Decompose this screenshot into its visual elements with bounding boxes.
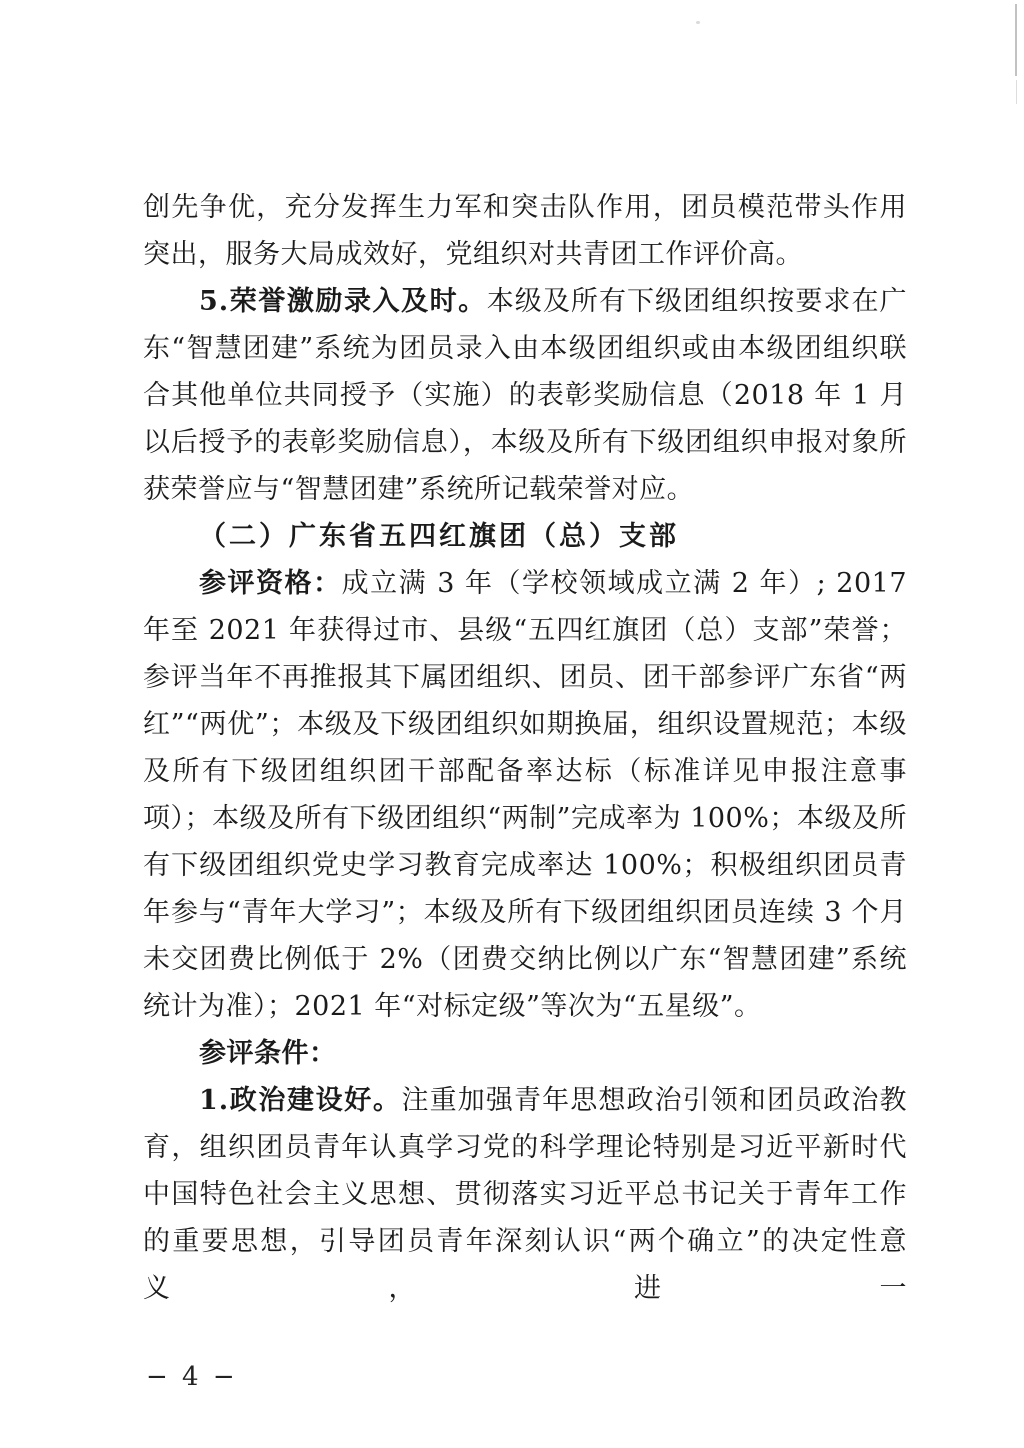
document-page: { "doc": { "p1": { "text": "创先争优，充分发挥生力军… xyxy=(0,0,1024,1448)
section-heading-2-text: （二）广东省五四红旗团（总）支部 xyxy=(199,521,679,552)
paragraph-item-5: 5.荣誉激励录入及时。本级及所有下级团组织按要求在广东“智慧团建”系统为团员录入… xyxy=(143,278,907,513)
scan-artifact-edge-line-faint xyxy=(1016,80,1017,104)
item-5-lead: 5.荣誉激励录入及时。 xyxy=(199,286,487,317)
paragraph-text: 创先争优，充分发挥生力军和突击队作用，团员模范带头作用突出，服务大局成效好，党组… xyxy=(143,192,907,270)
scan-artifact-edge-line xyxy=(1015,4,1017,76)
page-number: − 4 − xyxy=(146,1362,238,1392)
paragraph-continued-from-previous-page: 创先争优，充分发挥生力军和突击队作用，团员模范带头作用突出，服务大局成效好，党组… xyxy=(143,184,907,278)
condition-1-lead: 1.政治建设好。 xyxy=(199,1085,402,1116)
conditions-heading: 参评条件： xyxy=(143,1030,907,1077)
conditions-heading-text: 参评条件： xyxy=(199,1038,337,1069)
condition-1-text: 注重加强青年思想政治引领和团员政治教育，组织团员青年认真学习党的科学理论特别是习… xyxy=(143,1085,907,1304)
paragraph-qualifications: 参评资格：成立满 3 年（学校领域成立满 2 年）; 2017 年至 2021 … xyxy=(143,560,907,1030)
paragraph-condition-1: 1.政治建设好。注重加强青年思想政治引领和团员政治教育，组织团员青年认真学习党的… xyxy=(143,1077,907,1312)
section-heading-2: （二）广东省五四红旗团（总）支部 xyxy=(143,513,907,560)
document-body: 创先争优，充分发挥生力军和突击队作用，团员模范带头作用突出，服务大局成效好，党组… xyxy=(143,184,907,1312)
qualifications-text: 成立满 3 年（学校领域成立满 2 年）; 2017 年至 2021 年获得过市… xyxy=(143,568,907,1022)
item-5-text: 本级及所有下级团组织按要求在广东“智慧团建”系统为团员录入由本级团组织或由本级团… xyxy=(143,286,907,505)
scan-artifact-speck xyxy=(696,21,700,24)
qualifications-lead: 参评资格： xyxy=(199,568,342,599)
